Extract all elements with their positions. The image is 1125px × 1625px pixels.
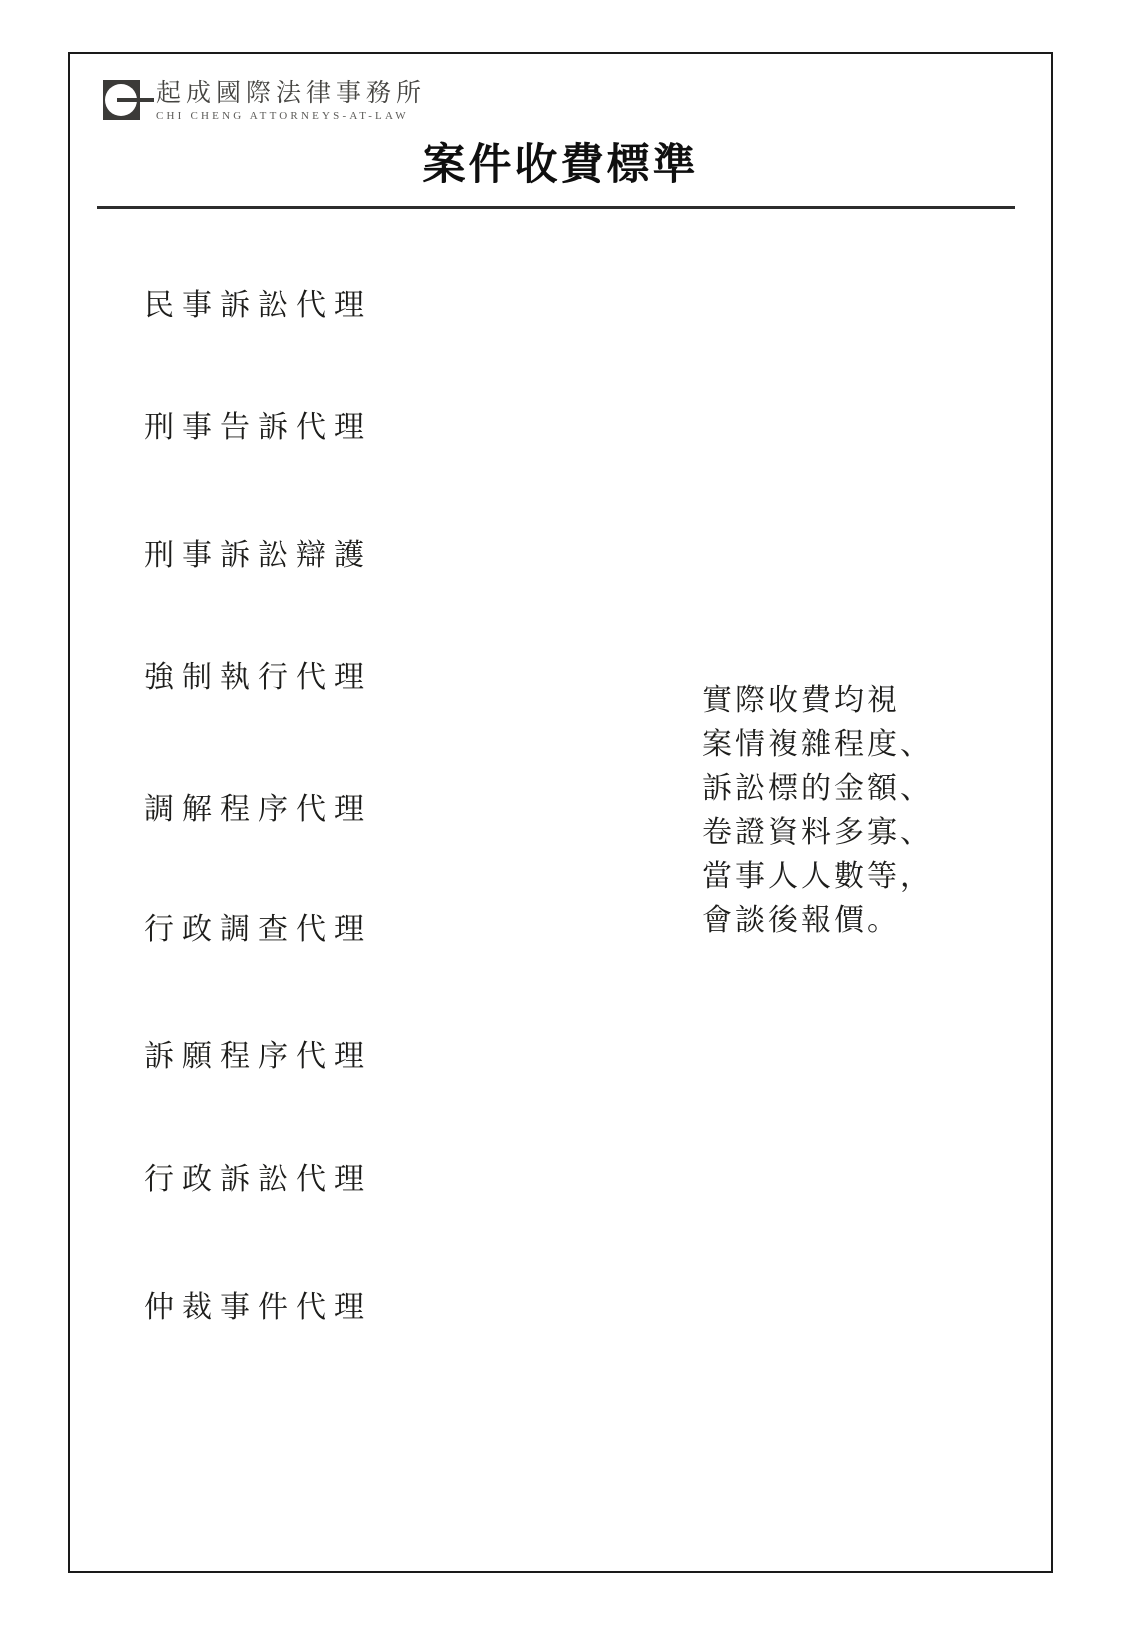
firm-monogram-icon xyxy=(103,80,140,120)
firm-name-block: 起成國際法律事務所 CHI CHENG ATTORNEYS-AT-LAW xyxy=(156,80,426,122)
title-underline xyxy=(97,206,1015,209)
pricing-note-line: 會談後報價。 xyxy=(702,899,933,943)
service-item-criminal-defense: 刑事訴訟辯護 xyxy=(144,540,372,572)
service-item-arbitration: 仲裁事件代理 xyxy=(144,1292,372,1324)
firm-name-chinese: 起成國際法律事務所 xyxy=(156,81,426,107)
service-item-administrative-investigation: 行政調查代理 xyxy=(144,914,372,946)
pricing-note-line: 卷證資料多寡、 xyxy=(702,811,933,855)
pricing-note-line: 案情複雜程度、 xyxy=(702,723,933,767)
service-item-compulsory-enforcement: 強制執行代理 xyxy=(144,662,372,694)
service-item-administrative-appeal: 訴願程序代理 xyxy=(144,1041,372,1073)
pricing-note-line: 實際收費均視 xyxy=(702,679,933,723)
service-item-administrative-litigation: 行政訴訟代理 xyxy=(144,1164,372,1196)
pricing-note-line: 當事人人數等， xyxy=(702,855,933,899)
service-item-criminal-complaint: 刑事告訴代理 xyxy=(144,412,372,444)
logo-dash xyxy=(117,98,154,102)
page-title: 案件收費標準 xyxy=(68,140,1053,192)
service-item-civil-litigation: 民事訴訟代理 xyxy=(144,290,372,322)
service-item-mediation-procedure: 調解程序代理 xyxy=(144,794,372,826)
pricing-note-line: 訴訟標的金額、 xyxy=(702,767,933,811)
pricing-note: 實際收費均視 案情複雜程度、 訴訟標的金額、 卷證資料多寡、 當事人人數等， 會… xyxy=(702,679,933,943)
firm-logo: 起成國際法律事務所 CHI CHENG ATTORNEYS-AT-LAW xyxy=(103,80,426,122)
firm-name-english: CHI CHENG ATTORNEYS-AT-LAW xyxy=(156,110,426,122)
